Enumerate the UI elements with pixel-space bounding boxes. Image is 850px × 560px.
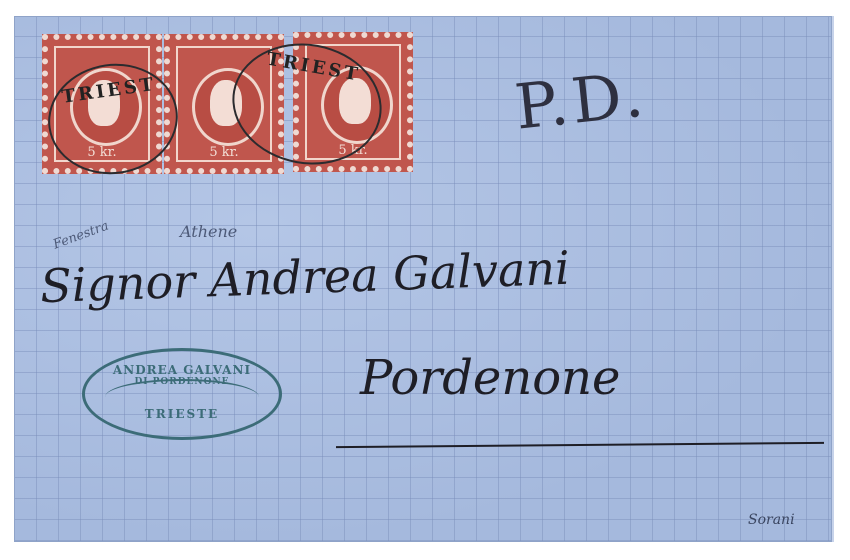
pd-handstamp: P.D. [512, 57, 651, 143]
address-line-2: Pordenone [360, 350, 620, 406]
cachet-line-1: ANDREA GALVANI [85, 363, 279, 377]
paper-fold [832, 16, 834, 542]
sender-cachet: ANDREA GALVANI DI PORDENONE TRIESTE [82, 348, 282, 440]
signature: Sorani [748, 512, 795, 528]
pencil-note-2: Athene [180, 222, 237, 241]
